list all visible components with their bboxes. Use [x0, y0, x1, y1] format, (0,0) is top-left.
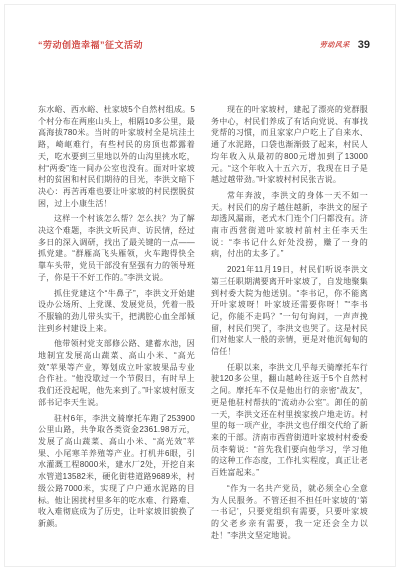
page-number: 39 — [358, 39, 370, 51]
paragraph: “作为一名共产党员，就必须全心全意为人民服务。不管还担不担任叶家坡的‘第一书记’… — [211, 483, 368, 542]
paragraph: 东水峪、西水峪、杜家坡5个自然村组成。5个村分布在两座山头上，相隔10多公里，最… — [38, 104, 195, 209]
magazine-page: “劳动创造幸福”征文活动 劳动风采 39 东水峪、西水峪、杜家坡5个自然村组成。… — [0, 0, 400, 571]
paragraph: 现在的叶家坡村，建起了漂亮的党群服务中心，村民们养成了有话向党说、有事找党帮的习… — [211, 104, 368, 186]
paragraph: 驻村6年，李洪文骑摩托车跑了253900公里山路，共争取各类资金2361.98万… — [38, 413, 195, 530]
article-column-left: 东水峪、西水峪、杜家坡5个自然村组成。5个村分布在两座山头上，相隔10多公里，最… — [38, 104, 195, 545]
paragraph: 这样一个村该怎么帮？怎么扶？为了解决这个难题，李洪文听民声、访民情，经过多日的深… — [38, 213, 195, 283]
header-right: 劳动风采 39 — [320, 39, 370, 51]
paragraph: 2021年11月19日，村民们听说李洪文第三任职期满要离开叶家坡了，自发地聚集到… — [211, 264, 368, 358]
paragraph: 常年奔波，李洪文的身体一天不如一天。村民们的房子越住越新，李洪文的屋子却透风漏雨… — [211, 190, 368, 260]
article-body: 东水峪、西水峪、杜家坡5个自然村组成。5个村分布在两座山头上，相隔10多公里，最… — [38, 104, 368, 545]
paragraph: 抓住党建这个“牛鼻子”，李洪文开始建设办公场所、上党课、发展党员，凭着一股不服输… — [38, 288, 195, 335]
article-column-right: 现在的叶家坡村，建起了漂亮的党群服务中心，村民们养成了有话向党说、有事找党帮的习… — [211, 104, 368, 545]
campaign-title: “劳动创造幸福”征文活动 — [38, 38, 143, 51]
magazine-logo: 劳动风采 — [320, 40, 350, 50]
paragraph: 他带领村党支部修公路、建蓄水池，因地制宜发展高山蔬菜、高山小米、“高光效”苹果等… — [38, 338, 195, 408]
paragraph: 任职以来，李洪文几乎每天骑摩托车行驶120多公里，翻山越岭往返于5个自然村之间。… — [211, 362, 368, 479]
page-header: “劳动创造幸福”征文活动 劳动风采 39 — [38, 38, 370, 51]
